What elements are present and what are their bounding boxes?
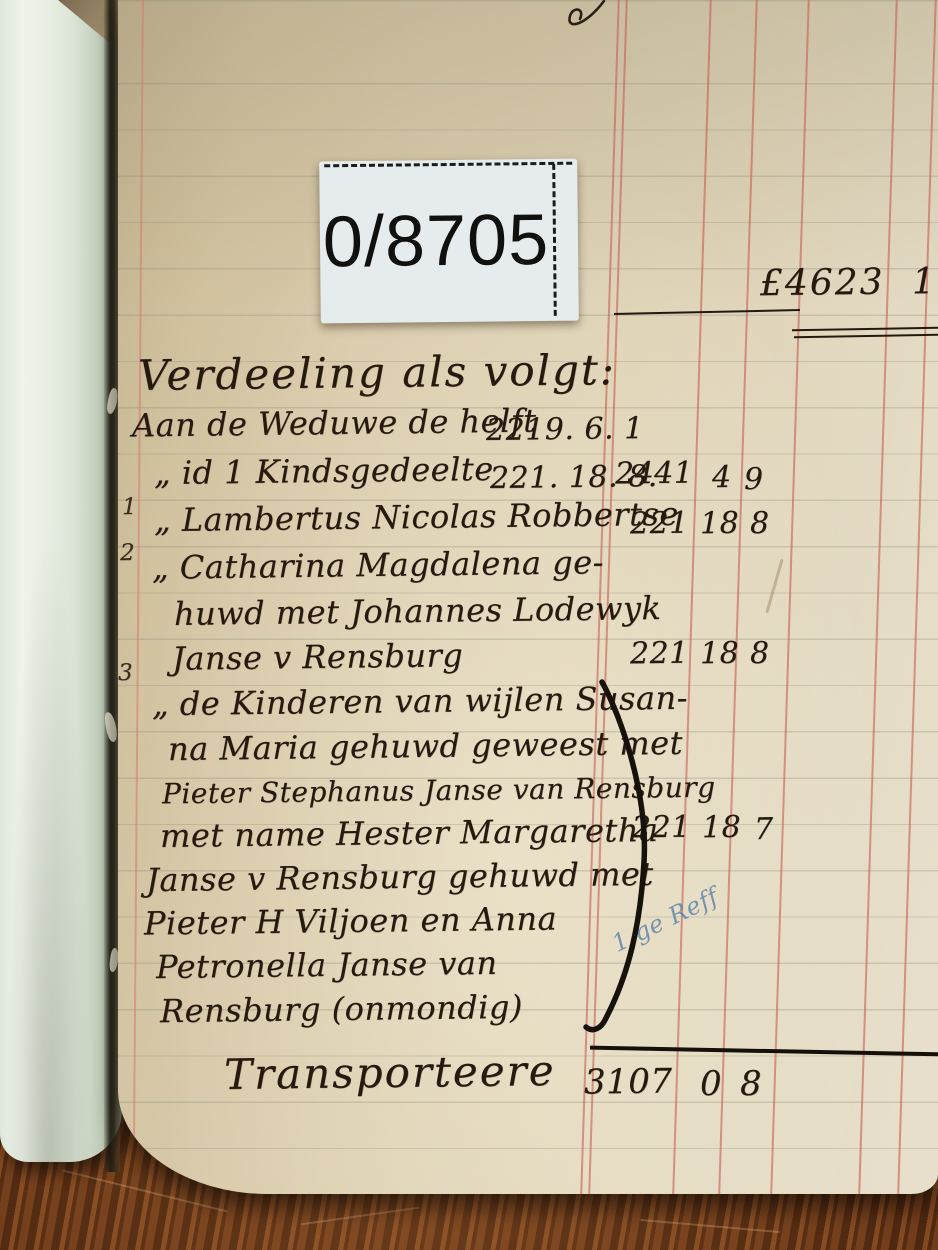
- carry-pence: 9: [744, 462, 764, 497]
- ledger-photograph: 0/8705 £4623 16 Verdeeling als volgt: Aa…: [0, 0, 938, 1250]
- archive-label: 0/8705: [319, 159, 579, 324]
- entry-text: „ Lambertus Nicolas Robbertse: [154, 495, 679, 539]
- ledger-page: 0/8705 £4623 16 Verdeeling als volgt: Aa…: [118, 0, 938, 1194]
- footer-label: Transporteere: [224, 1046, 556, 1099]
- amount-pounds: 221: [630, 506, 689, 542]
- footer-pounds: 3107: [584, 1061, 673, 1102]
- entry-text: Pieter H Viljoen en Anna: [144, 899, 558, 942]
- entry-text: Petronella Janse van: [156, 944, 498, 986]
- entry-text: „ id 1 Kindsgedeelte: [154, 450, 494, 492]
- pen-flourish-mark: [554, 0, 610, 32]
- entry-margin-number: 1: [122, 494, 137, 520]
- amount-shillings: 18: [702, 810, 742, 845]
- entry-text: huwd met Johannes Lodewyk: [174, 589, 662, 633]
- carried-forward-total: £4623 16: [760, 261, 938, 304]
- footer-shillings: 0: [700, 1064, 723, 1104]
- entry-margin-number: 2: [120, 540, 135, 566]
- amount-shillings: 18: [700, 636, 740, 671]
- amount-pence: 7: [754, 812, 774, 847]
- amount-pence: 8: [750, 636, 770, 671]
- wood-scratch: [300, 1207, 419, 1226]
- carry-pounds: 2441: [615, 456, 694, 492]
- entry-margin-number: 3: [118, 660, 133, 686]
- amount-pence: 8: [750, 506, 770, 541]
- entry-text: Rensburg (onmondig): [160, 988, 523, 1030]
- entry-text: Janse v Rensburg gehuwd met: [146, 855, 654, 899]
- archive-reference-number: 0/8705: [319, 159, 579, 324]
- amount-shillings: 18: [700, 506, 740, 541]
- amount-pounds: 221: [630, 636, 689, 672]
- entry-amount: 2219. 6. 1: [486, 411, 644, 448]
- wood-scratch: [640, 1219, 780, 1233]
- entry-text: Janse v Rensburg: [172, 636, 464, 678]
- carry-shillings: 4: [712, 460, 732, 495]
- handwriting-heading: Verdeeling als volgt:: [138, 345, 616, 400]
- entry-text: „ Catharina Magdalena ge-: [152, 543, 604, 587]
- entry-text: Aan de Weduwe de helft: [132, 402, 537, 445]
- footer-pence: 8: [740, 1064, 763, 1104]
- curly-brace-mark: [580, 676, 658, 1044]
